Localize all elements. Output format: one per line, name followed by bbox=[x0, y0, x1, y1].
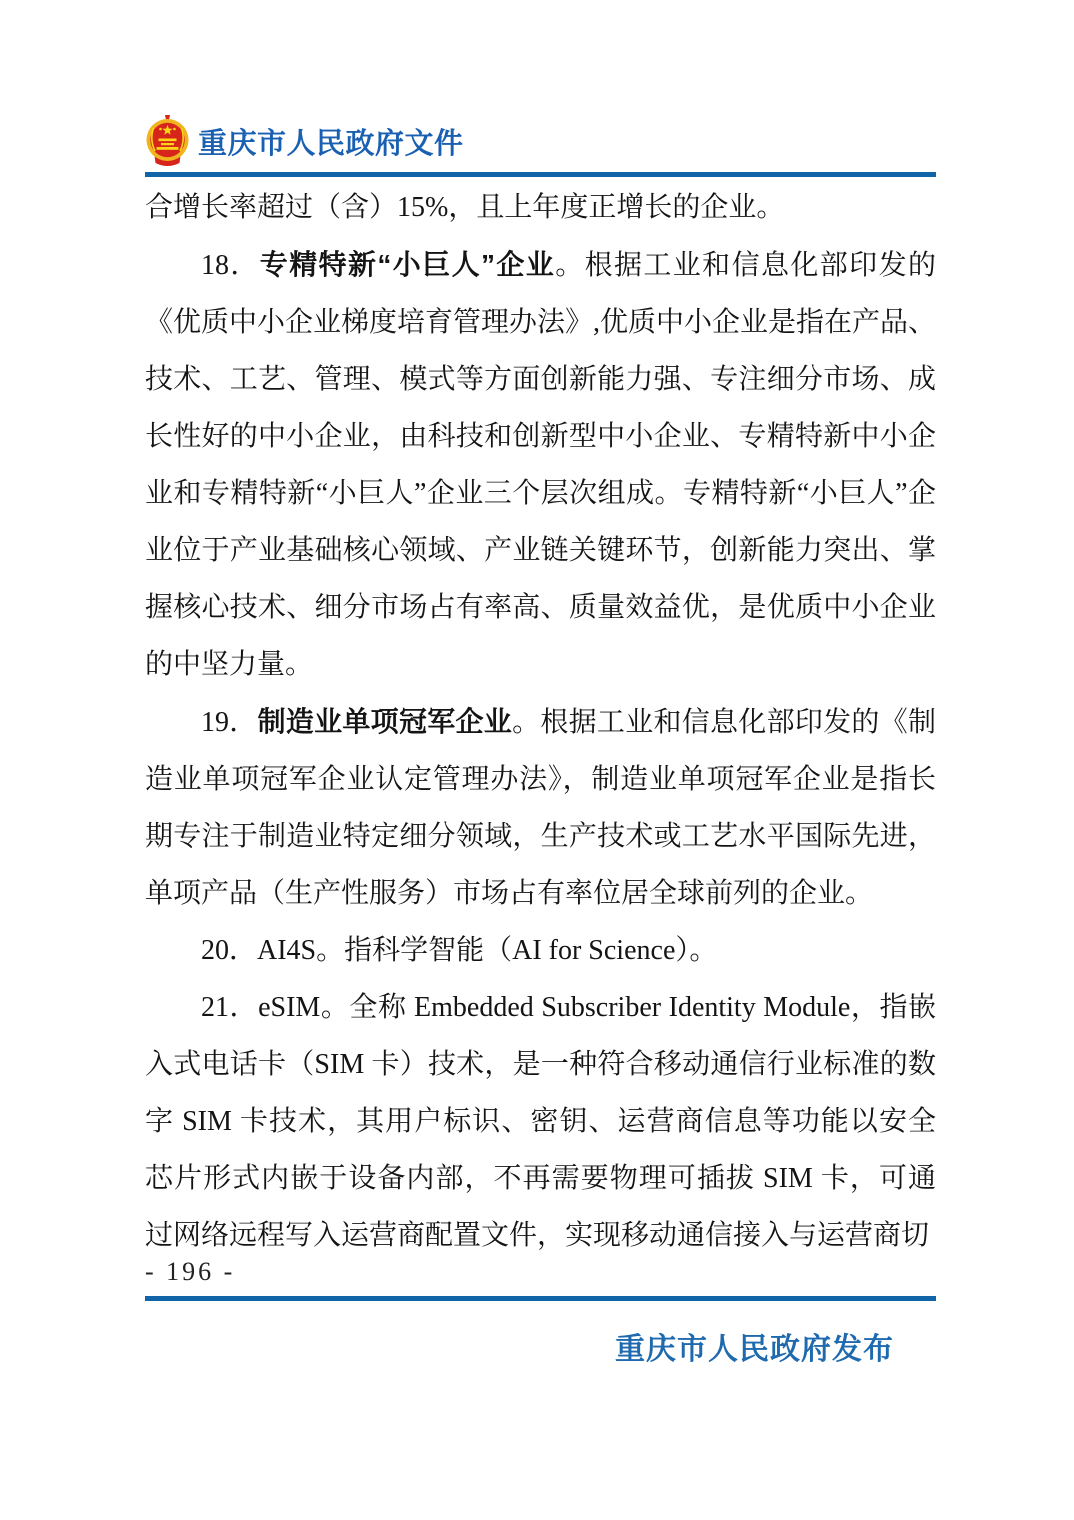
publisher-label: 重庆市人民政府发布 bbox=[145, 1324, 936, 1368]
paragraph: 合增长率超过（含）15%，且上年度正增长的企业。 bbox=[145, 179, 936, 236]
header-rule bbox=[145, 172, 936, 177]
text-segment: 19． bbox=[201, 707, 258, 738]
term-bold: 制造业单项冠军企业 bbox=[258, 706, 513, 737]
paragraph: 19．制造业单项冠军企业。根据工业和信息化部印发的《制造业单项冠军企业认定管理办… bbox=[145, 693, 936, 922]
footer-rule bbox=[145, 1296, 936, 1301]
china-national-emblem-icon bbox=[145, 114, 190, 168]
text-segment: 。根据工业和信息化部印发的《制造业单项冠军企业认定管理办法》，制造业单项冠军企业… bbox=[145, 707, 936, 909]
document-header: 重庆市人民政府文件 bbox=[145, 112, 936, 170]
text-segment: 18． bbox=[201, 250, 260, 281]
paragraph: 20．AI4S。指科学智能（AI for Science）。 bbox=[145, 922, 936, 979]
document-title: 重庆市人民政府文件 bbox=[198, 121, 464, 162]
text-segment: 。根据工业和信息化部印发的《优质中小企业梯度培育管理办法》,优质中小企业是指在产… bbox=[145, 250, 936, 680]
text-segment: 20．AI4S。指科学智能（AI for Science）。 bbox=[201, 935, 717, 966]
paragraph: 21．eSIM。全称 Embedded Subscriber Identity … bbox=[145, 979, 936, 1264]
text-segment: 合增长率超过（含）15%，且上年度正增长的企业。 bbox=[145, 192, 784, 223]
document-body: 合增长率超过（含）15%，且上年度正增长的企业。18．专精特新“小巨人”企业。根… bbox=[145, 179, 936, 1264]
paragraph: 18．专精特新“小巨人”企业。根据工业和信息化部印发的《优质中小企业梯度培育管理… bbox=[145, 236, 936, 693]
term-bold: 专精特新“小巨人”企业 bbox=[260, 249, 555, 280]
text-segment: 21．eSIM。全称 Embedded Subscriber Identity … bbox=[145, 992, 936, 1251]
page-number: - 196 - bbox=[145, 1257, 235, 1287]
document-page: 重庆市人民政府文件 合增长率超过（含）15%，且上年度正增长的企业。18．专精特… bbox=[0, 0, 1074, 1520]
